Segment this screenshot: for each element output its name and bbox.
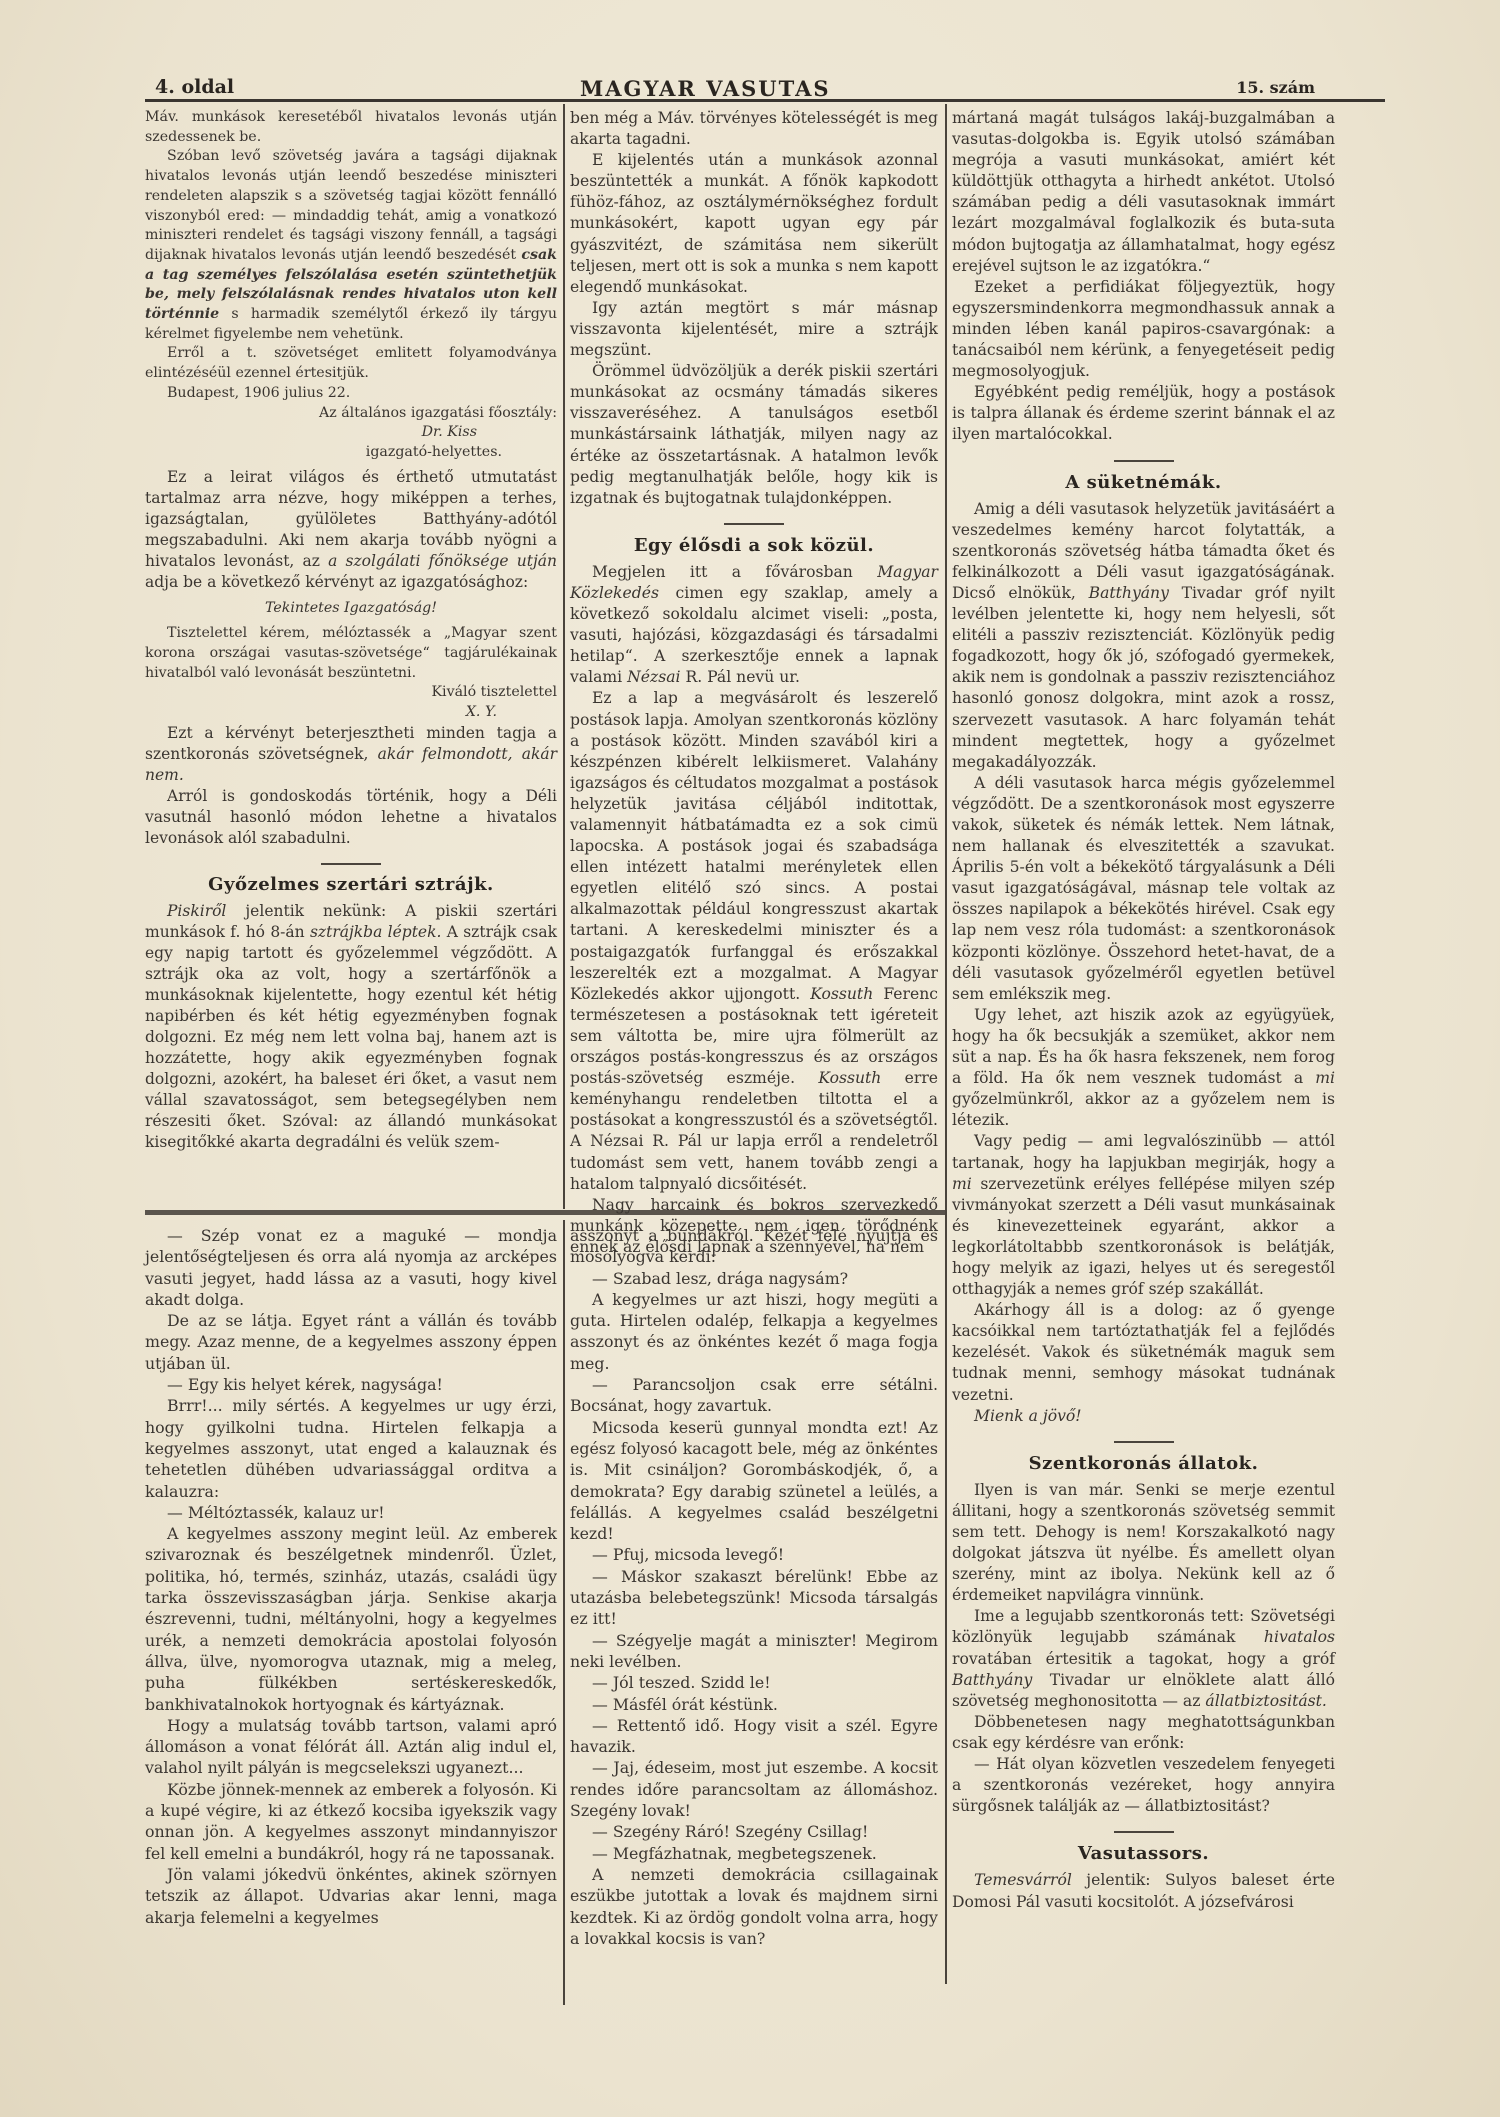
paragraph: asszonyt a bundákról. Kezét felé nyujtja… xyxy=(570,1225,938,1268)
paragraph: Megjelen itt a fővárosban Magyar Közleke… xyxy=(570,562,938,689)
paragraph: — Máskor szakaszt bérelünk! Ebbe az utaz… xyxy=(570,1566,938,1630)
separator xyxy=(1114,460,1174,462)
paragraph: — Szabad lesz, drága nagysám? xyxy=(570,1268,938,1289)
paragraph: — Parancsoljon csak erre sétálni. Bocsán… xyxy=(570,1374,938,1417)
office-name: Az általános igazgatási főosztály: xyxy=(145,404,557,424)
paragraph: — Jaj, édeseim, most jut eszembe. A kocs… xyxy=(570,1757,938,1821)
paragraph: E kijelentés után a munkások azonnal bes… xyxy=(570,150,938,298)
paragraph: Brrr!... mily sértés. A kegyelmes ur ugy… xyxy=(145,1395,557,1501)
paragraph: De az se látja. Egyet ránt a vállán és t… xyxy=(145,1310,557,1374)
paragraph: Szóban levő szövetség javára a tagsági d… xyxy=(145,147,557,344)
paragraph: Micsoda keserü gunnyal mondta ezt! Az eg… xyxy=(570,1417,938,1545)
paragraph: Örömmel üdvözöljük a derék piskii szertá… xyxy=(570,361,938,509)
signer-name: Dr. Kiss xyxy=(145,423,557,443)
paragraph: Vagy pedig — ami legvalószinübb — attól … xyxy=(952,1131,1335,1300)
newspaper-page: 4. oldal MAGYAR VASUTAS 15. szám Máv. mu… xyxy=(0,0,1500,2117)
paragraph: Máv. munkások keresetéből hivatalos levo… xyxy=(145,108,557,147)
header-rule xyxy=(145,99,1385,102)
paragraph: A nemzeti demokrácia csillagainak eszükb… xyxy=(570,1864,938,1949)
dateline: Budapest, 1906 julius 22. xyxy=(145,384,557,404)
signer-title: igazgató-helyettes. xyxy=(145,443,557,463)
paragraph: Erről a t. szövetséget emlitett folyamod… xyxy=(145,344,557,383)
paragraph: — Pfuj, micsoda levegő! xyxy=(570,1544,938,1565)
motto: Mienk a jövő! xyxy=(952,1406,1335,1427)
paragraph: Piskiről jelentik nekünk: A piskii szert… xyxy=(145,901,557,1153)
masthead-title: MAGYAR VASUTAS xyxy=(580,76,831,101)
paragraph: Hogy a mulatság tovább tartson, valami a… xyxy=(145,1715,557,1779)
paragraph: — Hát olyan közvetlen veszedelem fenyege… xyxy=(952,1754,1335,1817)
paragraph: Ilyen is van már. Senki se merje ezentul… xyxy=(952,1480,1335,1607)
paragraph: mártaná magát tulságos lakáj-buzgalmában… xyxy=(952,108,1335,277)
paragraph: — Jól teszed. Szidd le! xyxy=(570,1672,938,1693)
paragraph: — Másfél órát késtünk. xyxy=(570,1694,938,1715)
separator xyxy=(1114,1441,1174,1443)
paragraph: — Méltóztassék, kalauz ur! xyxy=(145,1502,557,1523)
headline: Egy élősdi a sok közül. xyxy=(570,535,938,556)
separator xyxy=(724,523,784,525)
paragraph: — Megfázhatnak, megbetegszenek. xyxy=(570,1843,938,1864)
paragraph: Ez a lap a megvásárolt és leszerelő post… xyxy=(570,688,938,1194)
paragraph: — Szégyelje magát a miniszter! Megirom n… xyxy=(570,1630,938,1673)
paragraph: Ime a legujabb szentkoronás tett: Szövet… xyxy=(952,1606,1335,1711)
separator xyxy=(1114,1831,1174,1833)
paragraph: Amig a déli vasutasok helyzetük javitásá… xyxy=(952,499,1335,773)
paragraph: A kegyelmes asszony megint leül. Az embe… xyxy=(145,1523,557,1715)
page-header: 4. oldal MAGYAR VASUTAS 15. szám xyxy=(145,76,1315,98)
paragraph: Arról is gondoskodás történik, hogy a Dé… xyxy=(145,786,557,849)
paragraph: Akárhogy áll is a dolog: az ő gyenge kac… xyxy=(952,1300,1335,1405)
article-column-1: Máv. munkások keresetéből hivatalos levo… xyxy=(145,108,557,1153)
closing: Kiváló tisztelettel xyxy=(145,683,557,703)
salutation: Tekintetes Igazgatóság! xyxy=(145,599,557,619)
paragraph: — Rettentő idő. Hogy visit a szél. Egyre… xyxy=(570,1715,938,1758)
page-number: 4. oldal xyxy=(155,76,234,98)
paragraph: Igy aztán megtört s már másnap visszavon… xyxy=(570,298,938,361)
paragraph: Ezeket a perfidiákat följegyeztük, hogy … xyxy=(952,277,1335,382)
paragraph: Ezt a kérvényt beterjesztheti minden tag… xyxy=(145,723,557,786)
paragraph: Egyébként pedig reméljük, hogy a postáso… xyxy=(952,382,1335,445)
feuilleton-column-1: — Szép vonat ez a maguké — mondja jelent… xyxy=(145,1225,557,1928)
paragraph: — Szép vonat ez a maguké — mondja jelent… xyxy=(145,1225,557,1310)
paragraph: A déli vasutasok harca mégis győzelemmel… xyxy=(952,773,1335,1005)
closing-signature: X. Y. xyxy=(145,703,557,723)
paragraph: Ugy lehet, azt hiszik azok az együgyüek,… xyxy=(952,1005,1335,1132)
petition-text: Tisztelettel kérem, mélóztassék a „Magya… xyxy=(145,624,557,683)
paragraph: Ez a leirat világos és érthető utmutatás… xyxy=(145,467,557,593)
headline: Vasutassors. xyxy=(952,1843,1335,1864)
paragraph: Közbe jönnek-mennek az emberek a folyosó… xyxy=(145,1779,557,1864)
paragraph: — Egy kis helyet kérek, nagysága! xyxy=(145,1374,557,1395)
column-divider xyxy=(563,1220,565,2005)
headline: Győzelmes szertári sztrájk. xyxy=(145,875,557,895)
column-divider xyxy=(563,104,565,1209)
headline: Szentkoronás állatok. xyxy=(952,1453,1335,1474)
column-divider xyxy=(945,104,947,1984)
paragraph: Döbbenetesen nagy meghatottságunkban csa… xyxy=(952,1712,1335,1754)
paragraph: Jön valami jókedvü önkéntes, akinek ször… xyxy=(145,1864,557,1928)
paragraph: Temesvárról jelentik: Sulyos baleset ért… xyxy=(952,1870,1335,1912)
issue-number: 15. szám xyxy=(1236,78,1315,97)
feuilleton-column-2: asszonyt a bundákról. Kezét felé nyujtja… xyxy=(570,1225,938,1949)
headline: A süketnémák. xyxy=(952,472,1335,493)
paragraph: A kegyelmes ur azt hiszi, hogy megüti a … xyxy=(570,1289,938,1374)
article-column-2: ben még a Máv. törvényes kötelességét is… xyxy=(570,108,938,1258)
paragraph: ben még a Máv. törvényes kötelességét is… xyxy=(570,108,938,150)
article-column-3: mártaná magát tulságos lakáj-buzgalmában… xyxy=(952,108,1335,1913)
separator xyxy=(321,863,381,865)
paragraph: — Szegény Ráró! Szegény Csillag! xyxy=(570,1821,938,1842)
